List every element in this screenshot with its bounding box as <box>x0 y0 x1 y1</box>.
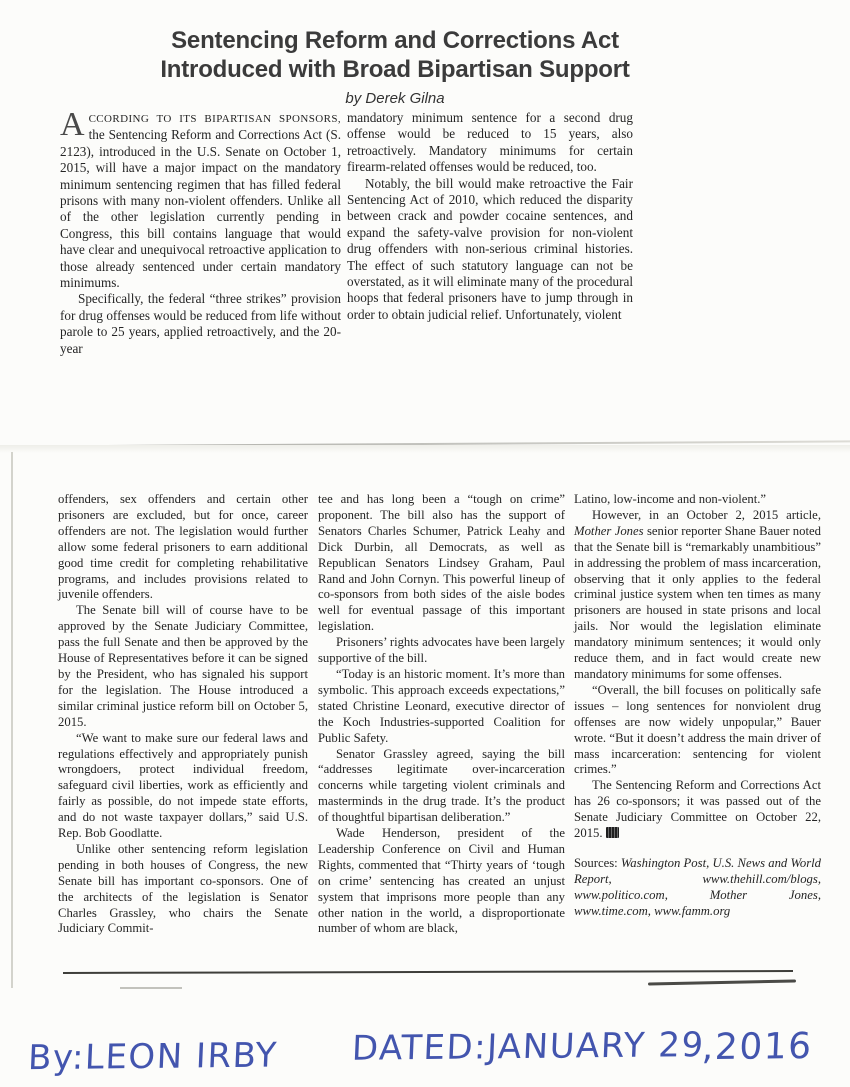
scanned-article-page: Sentencing Reform and Corrections Act In… <box>0 0 850 1087</box>
top-column-2: mandatory minimum sentence for a second … <box>347 110 633 323</box>
article-header: Sentencing Reform and Corrections Act In… <box>0 26 790 107</box>
paragraph: ACCORDING TO ITS BIPARTISAN SPONSORS, th… <box>60 110 341 291</box>
paragraph: Notably, the bill would make retroactive… <box>347 176 633 324</box>
handwritten-annotation: By:LEON IRBY DATED:JANUARY 29 ,2016 <box>0 1018 850 1087</box>
bottom-column-2: tee and has long been a “tough on crime”… <box>318 492 565 937</box>
paragraph: Latino, low-income and non-violent.” <box>574 492 821 508</box>
paragraph: offenders, sex offenders and certain oth… <box>58 492 308 603</box>
paragraph: Prisoners’ rights advocates have been la… <box>318 635 565 667</box>
paragraph-text: senior reporter Shane Bauer noted that t… <box>574 524 821 681</box>
paragraph: However, in an October 2, 2015 article, … <box>574 508 821 683</box>
paragraph: The Sentencing Reform and Corrections Ac… <box>574 778 821 842</box>
handwritten-year: ,2016 <box>701 1026 813 1068</box>
paragraph: The Senate bill will of course have to b… <box>58 603 308 730</box>
bottom-column-1: offenders, sex offenders and certain oth… <box>58 492 308 937</box>
lead-smallcaps: CCORDING TO ITS BIPARTISAN SPONSORS, <box>89 113 341 125</box>
article-byline: by Derek Gilna <box>0 90 790 107</box>
paragraph: mandatory minimum sentence for a second … <box>347 110 633 176</box>
end-of-article-icon <box>606 827 619 838</box>
paragraph: “We want to make sure our federal laws a… <box>58 731 308 842</box>
bottom-rule-dash <box>120 987 182 989</box>
paragraph: tee and has long been a “tough on crime”… <box>318 492 565 635</box>
sources-label: Sources: <box>574 856 621 870</box>
bottom-rule-line <box>63 970 793 974</box>
paragraph-text: However, in an October 2, 2015 article, <box>592 508 821 522</box>
top-column-1: ACCORDING TO ITS BIPARTISAN SPONSORS, th… <box>60 110 341 357</box>
handwritten-author: By:LEON IRBY <box>27 1036 278 1079</box>
article-title-line1: Sentencing Reform and Corrections Act <box>0 26 790 55</box>
paragraph: Senator Grassley agreed, saying the bill… <box>318 747 565 827</box>
clipping-left-edge <box>11 452 13 988</box>
paragraph: “Overall, the bill focuses on politicall… <box>574 683 821 778</box>
bottom-column-3: Latino, low-income and non-violent.” How… <box>574 492 821 920</box>
paragraph-text: the Sentencing Reform and Corrections Ac… <box>60 127 341 290</box>
paragraph: Specifically, the federal “three strikes… <box>60 291 341 357</box>
paragraph: “Today is an historic moment. It’s more … <box>318 667 565 747</box>
handwritten-date: DATED:JANUARY 29 <box>351 1025 705 1069</box>
bottom-rule-line-right <box>648 979 796 985</box>
sources-note: Sources: Washington Post, U.S. News and … <box>574 856 821 920</box>
paragraph: Unlike other sentencing reform legislati… <box>58 842 308 937</box>
article-title-line2: Introduced with Broad Bipartisan Support <box>0 55 790 84</box>
scan-seam-shadow <box>0 445 850 453</box>
publication-name: Mother Jones <box>574 524 644 538</box>
drop-cap: A <box>60 110 89 138</box>
paragraph: Wade Henderson, president of the Leaders… <box>318 826 565 937</box>
